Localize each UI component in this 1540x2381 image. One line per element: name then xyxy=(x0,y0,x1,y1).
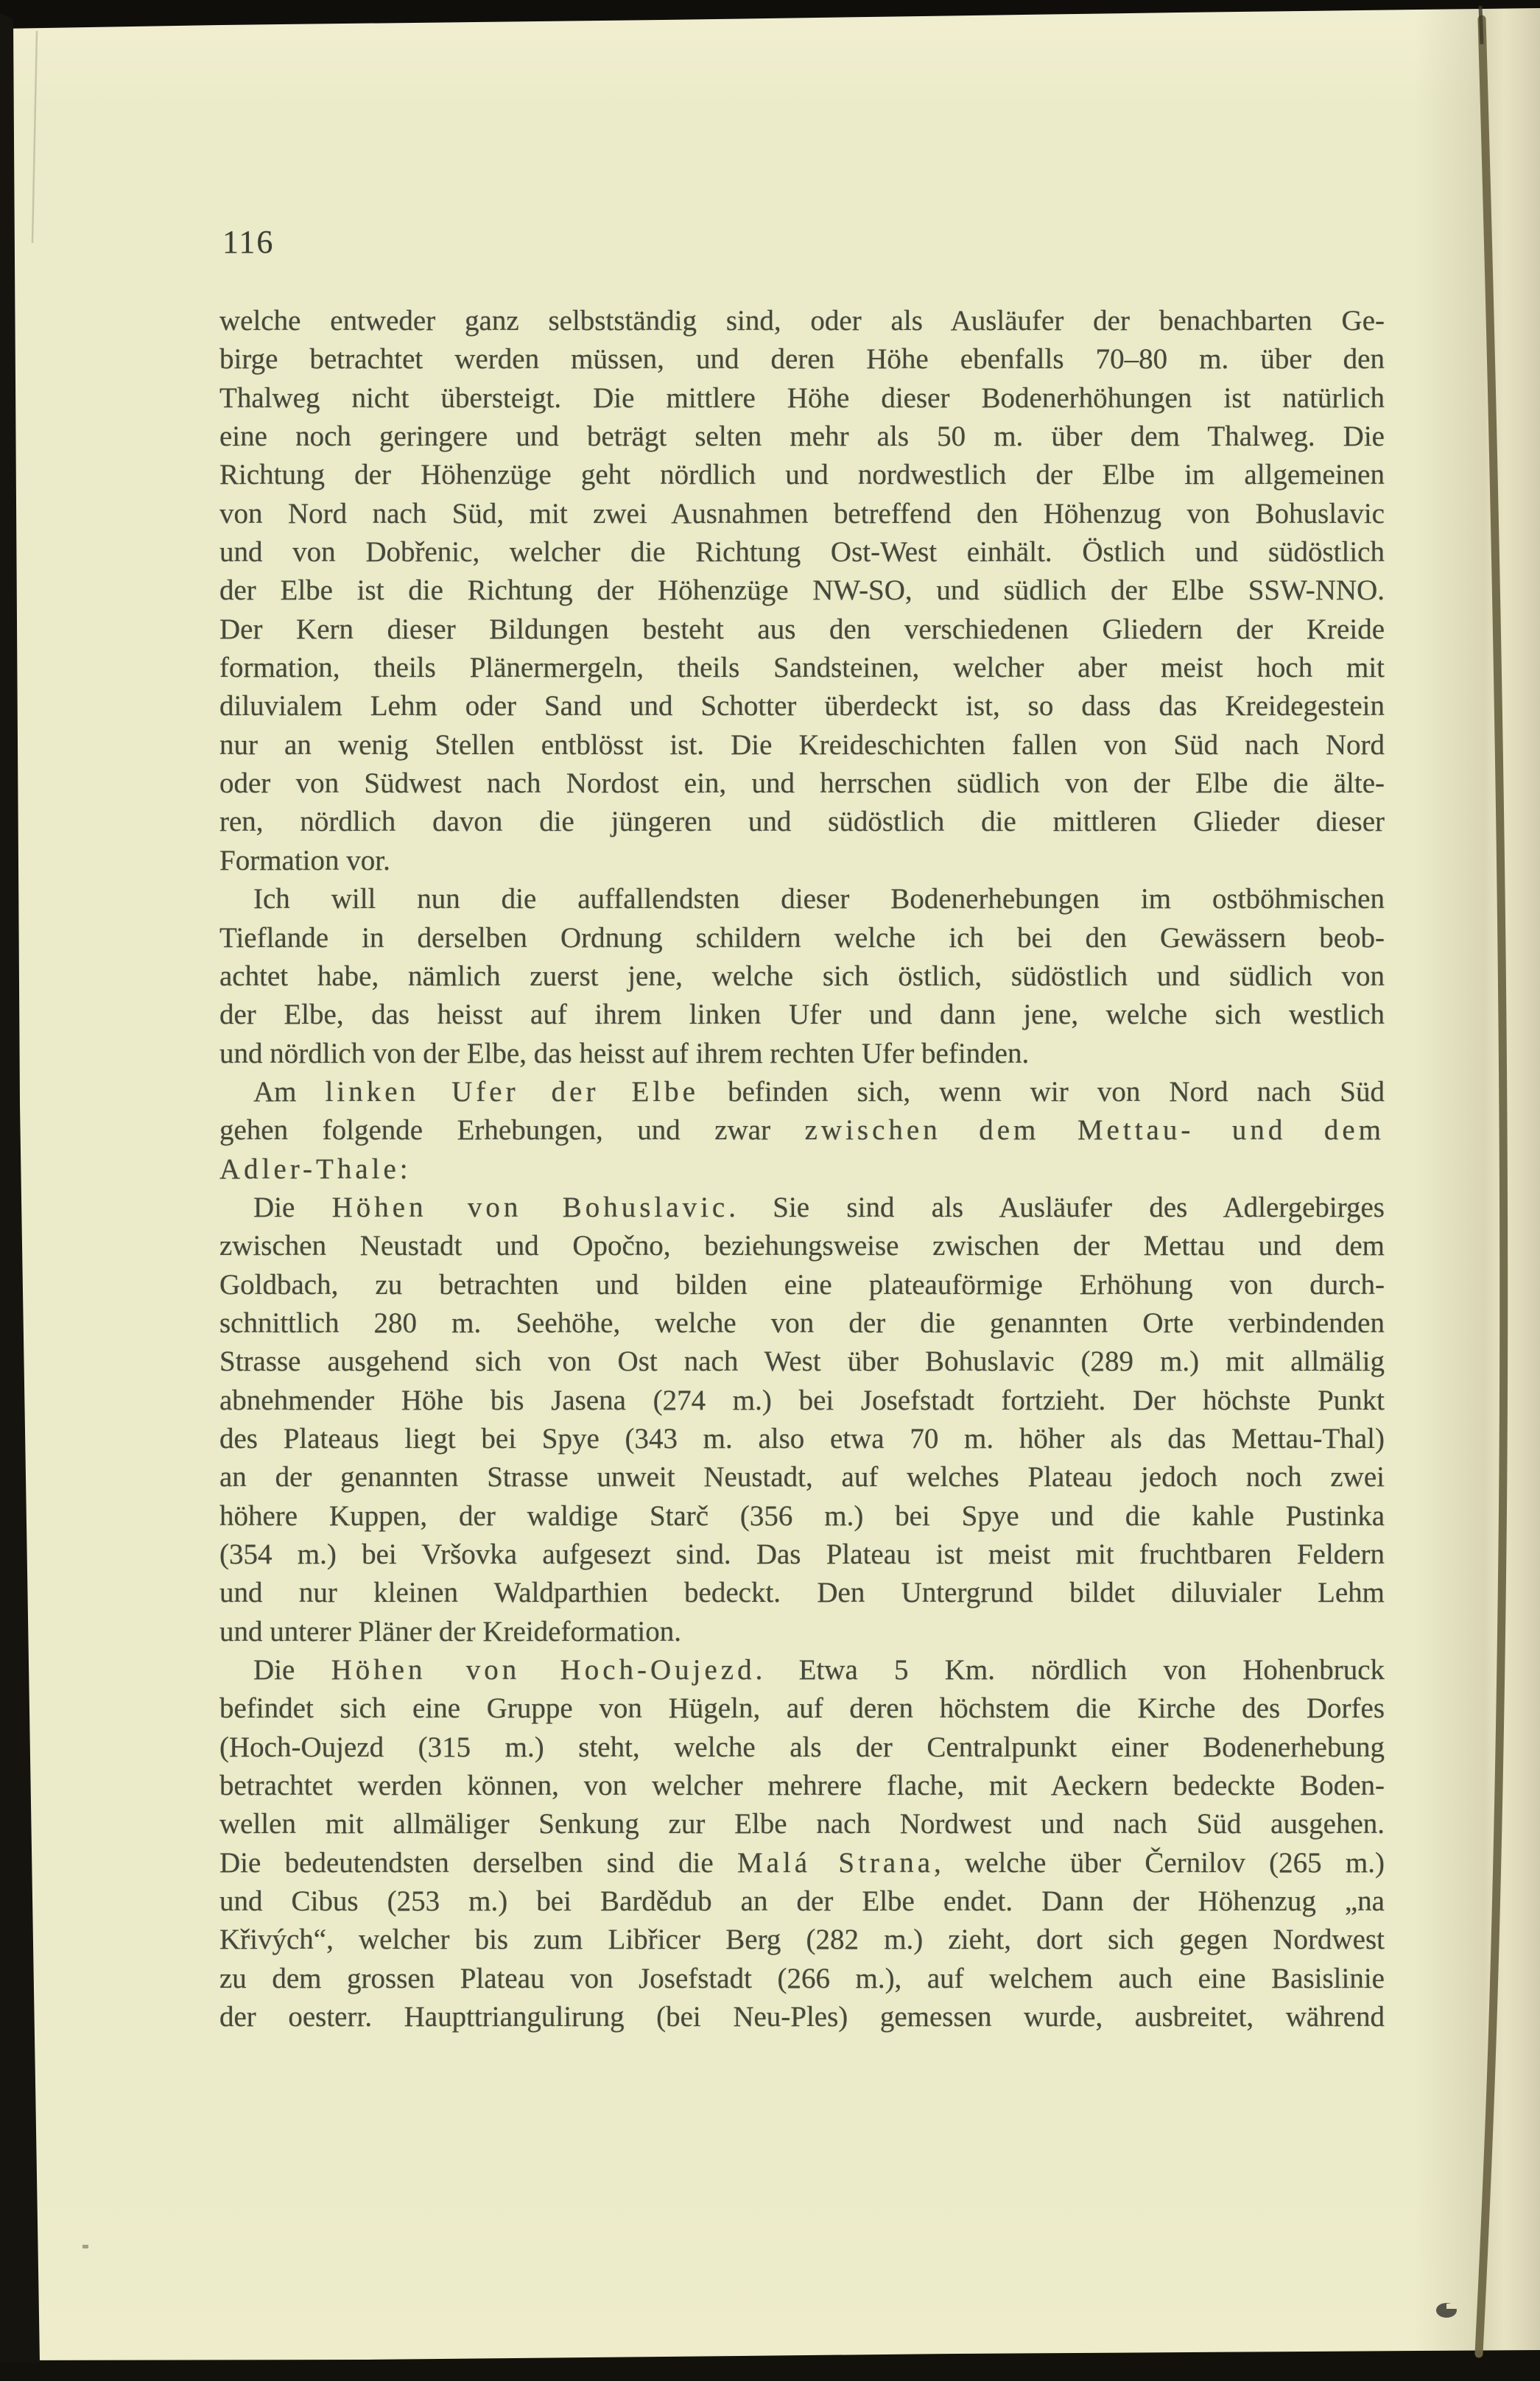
top-scan-border xyxy=(0,0,1540,29)
scanned-book-page: 116 welche entweder ganz selbstständig s… xyxy=(0,0,1540,2381)
paper-crease xyxy=(32,31,37,243)
ink-smudge-notch xyxy=(1446,2304,1457,2309)
paper-speck xyxy=(82,2245,88,2248)
bottom-scan-border xyxy=(0,2350,1540,2381)
page-edge-line-top xyxy=(1480,6,1482,44)
page-edge-line xyxy=(1479,19,1504,2354)
left-scan-border xyxy=(0,13,40,2363)
scan-border-overlay xyxy=(0,0,1540,2381)
